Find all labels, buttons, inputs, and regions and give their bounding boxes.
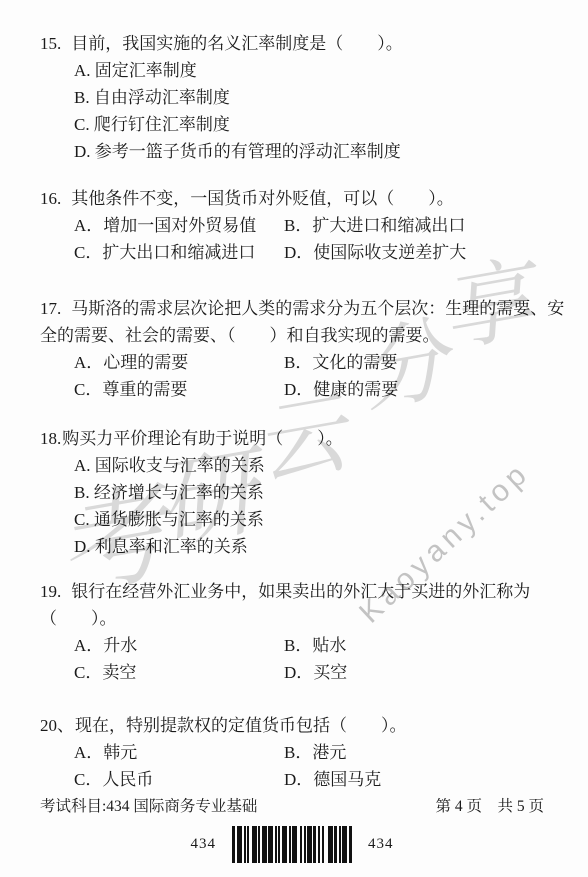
question-number: 16. [40, 189, 61, 208]
option-row: A．升水 B．贴水 [40, 632, 544, 659]
footer-subject: 考试科目:434 国际商务专业基础 [40, 797, 257, 817]
question-number: 19. [40, 582, 61, 601]
question-16: 16.其他条件不变，一国货币对外贬值，可以（ ）。 A．增加一国对外贸易值 B．… [40, 185, 544, 266]
option-c: C. 爬行钉住汇率制度 [40, 111, 544, 138]
exam-paper-page: 考 研 云 分 享 Kaoyany.top 15.目前，我国实施的名义汇率制度是… [0, 0, 588, 877]
option-d: D. 参考一篮子货币的有管理的浮动汇率制度 [40, 138, 544, 165]
option-b: B. 经济增长与汇率的关系 [40, 479, 544, 506]
page-content: 15.目前，我国实施的名义汇率制度是（ ）。 A. 固定汇率制度 B. 自由浮动… [0, 0, 588, 863]
question-number: 17. [40, 299, 61, 318]
question-number: 15. [40, 34, 61, 53]
question-text: 其他条件不变，一国货币对外贬值，可以（ ）。 [71, 189, 454, 208]
question-15: 15.目前，我国实施的名义汇率制度是（ ）。 A. 固定汇率制度 B. 自由浮动… [40, 30, 544, 165]
question-text-continued: （ ）。 [40, 605, 544, 632]
option-b: B．文化的需要 [284, 349, 397, 376]
option-d: D．健康的需要 [284, 376, 398, 403]
option-d: D．买空 [284, 659, 347, 686]
question-text-continued: 全的需要、社会的需要、（ ）和自我实现的需要。 [40, 322, 544, 349]
option-c: C．尊重的需要 [40, 376, 284, 403]
question-17: 17.马斯洛的需求层次论把人类的需求分为五个层次：生理的需要、安 全的需要、社会… [40, 295, 544, 403]
question-text: 购买力平价理论有助于说明（ ）。 [62, 429, 343, 448]
option-d: D．使国际收支逆差扩大 [284, 239, 466, 266]
question-text: 马斯洛的需求层次论把人类的需求分为五个层次：生理的需要、安 [71, 299, 564, 318]
option-b: B．扩大进口和缩减出口 [284, 212, 465, 239]
question-18: 18.购买力平价理论有助于说明（ ）。 A. 国际收支与汇率的关系 B. 经济增… [40, 425, 544, 560]
option-a: A．心理的需要 [40, 349, 284, 376]
option-c: C. 通货膨胀与汇率的关系 [40, 506, 544, 533]
question-19: 19.银行在经营外汇业务中，如果卖出的外汇大于买进的外汇称为 （ ）。 A．升水… [40, 578, 544, 686]
option-row: C．人民币 D．德国马克 [40, 766, 544, 793]
question-text: 现在，特别提款权的定值货币包括（ ）。 [75, 716, 407, 735]
option-c: C．人民币 [40, 766, 284, 793]
barcode-right-label: 434 [368, 831, 394, 858]
question-stem: 18.购买力平价理论有助于说明（ ）。 [40, 425, 544, 452]
option-b: B．港元 [284, 739, 346, 766]
option-row: C．扩大出口和缩减进口 D．使国际收支逆差扩大 [40, 239, 544, 266]
question-number: 18. [40, 429, 61, 448]
question-stem: 16.其他条件不变，一国货币对外贬值，可以（ ）。 [40, 185, 544, 212]
option-a: A．增加一国对外贸易值 [40, 212, 284, 239]
question-text: 银行在经营外汇业务中，如果卖出的外汇大于买进的外汇称为 [71, 582, 530, 601]
option-b: B．贴水 [284, 632, 346, 659]
option-row: A．韩元 B．港元 [40, 739, 544, 766]
option-row: C．尊重的需要 D．健康的需要 [40, 376, 544, 403]
option-row: A．增加一国对外贸易值 B．扩大进口和缩减出口 [40, 212, 544, 239]
footer-page-indicator: 第 4 页 共 5 页 [435, 797, 544, 817]
barcode-row: 434 434 [40, 826, 544, 863]
barcode [232, 826, 352, 863]
option-a: A. 国际收支与汇率的关系 [40, 452, 544, 479]
question-stem: 17.马斯洛的需求层次论把人类的需求分为五个层次：生理的需要、安 [40, 295, 544, 322]
option-c: C．卖空 [40, 659, 284, 686]
option-d: D. 利息率和汇率的关系 [40, 533, 544, 560]
question-stem: 20、现在，特别提款权的定值货币包括（ ）。 [40, 712, 544, 739]
option-a: A．升水 [40, 632, 284, 659]
option-c: C．扩大出口和缩减进口 [40, 239, 284, 266]
barcode-left-label: 434 [191, 831, 217, 858]
question-stem: 19.银行在经营外汇业务中，如果卖出的外汇大于买进的外汇称为 [40, 578, 544, 605]
question-number: 20、 [40, 716, 74, 735]
page-footer: 考试科目:434 国际商务专业基础 第 4 页 共 5 页 [40, 797, 544, 817]
question-stem: 15.目前，我国实施的名义汇率制度是（ ）。 [40, 30, 544, 57]
option-b: B. 自由浮动汇率制度 [40, 84, 544, 111]
option-a: A．韩元 [40, 739, 284, 766]
option-row: A．心理的需要 B．文化的需要 [40, 349, 544, 376]
option-row: C．卖空 D．买空 [40, 659, 544, 686]
question-20: 20、现在，特别提款权的定值货币包括（ ）。 A．韩元 B．港元 C．人民币 D… [40, 712, 544, 793]
option-d: D．德国马克 [284, 766, 381, 793]
option-a: A. 固定汇率制度 [40, 57, 544, 84]
question-text: 目前，我国实施的名义汇率制度是（ ）。 [71, 34, 403, 53]
